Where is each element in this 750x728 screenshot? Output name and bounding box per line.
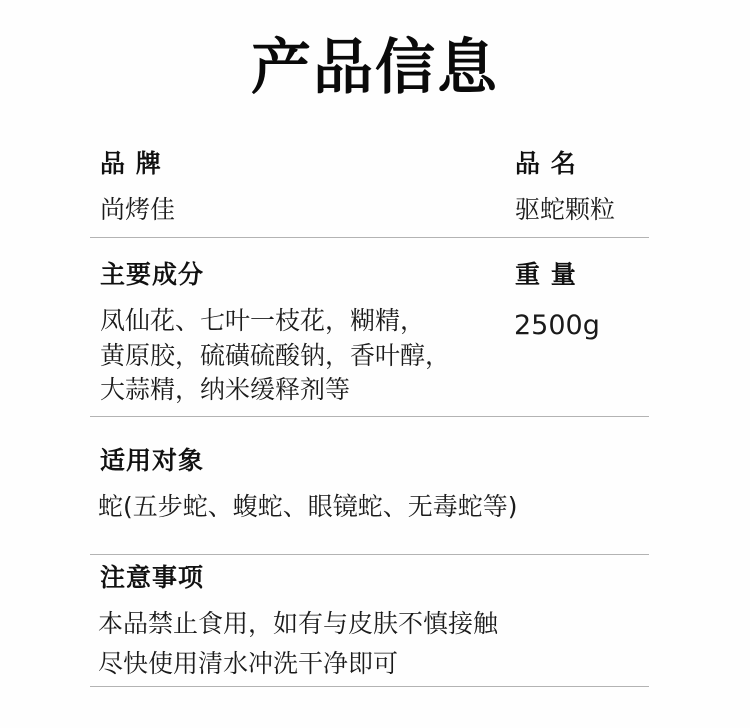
divider	[90, 416, 649, 417]
divider	[90, 554, 649, 555]
brand-label: 品 牌	[100, 148, 162, 180]
ingredients-line: 大蒜精，纳米缓释剂等	[100, 373, 350, 407]
target-label: 适用对象	[100, 445, 204, 477]
ingredients-label: 主要成分	[100, 259, 204, 291]
divider	[90, 237, 649, 238]
product-name-value: 驱蛇颗粒	[515, 193, 615, 227]
ingredients-line: 凤仙花、七叶一枝花，糊精，	[100, 304, 425, 338]
brand-value: 尚烤佳	[100, 193, 175, 227]
notice-line: 尽快使用清水冲洗干净即可	[98, 647, 398, 681]
weight-value: 2500g	[514, 309, 600, 343]
weight-label: 重 量	[515, 259, 577, 291]
notice-label: 注意事项	[100, 562, 204, 594]
ingredients-line: 黄原胶，硫磺硫酸钠，香叶醇，	[100, 339, 450, 373]
divider	[90, 686, 649, 687]
product-name-label: 品 名	[515, 148, 577, 180]
target-value: 蛇(五步蛇、蝮蛇、眼镜蛇、无毒蛇等)	[98, 490, 518, 524]
page-title: 产品信息	[0, 30, 750, 106]
notice-line: 本品禁止食用，如有与皮肤不慎接触	[98, 607, 498, 641]
